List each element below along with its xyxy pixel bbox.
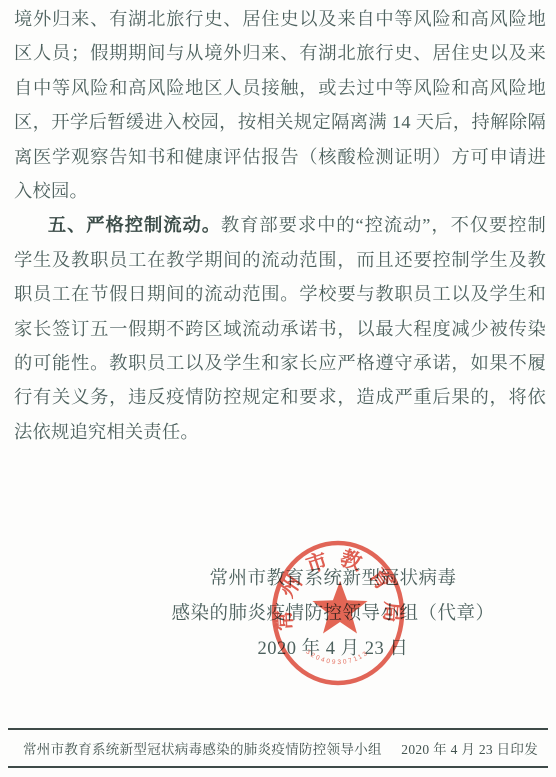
official-seal: 常州市教育局 320409307113 <box>258 533 418 693</box>
paragraph-1-line-3: 自中等风险和高风险地区人员接触，或去过中等风险和高风险地 <box>14 71 546 105</box>
footer-imprint-bar: 常州市教育系统新型冠状病毒感染的肺炎疫情防控领导小组 2020 年 4 月 23… <box>8 728 548 768</box>
paragraph-2-line-6: 行有关义务，违反疫情防控规定和要求，造成严重后果的，将依 <box>14 380 546 414</box>
document-body: 境外归来、有湖北旅行史、居住史以及来自中等风险和高风险地 区人员；假期期间与从境… <box>14 2 546 449</box>
paragraph-2-line-7: 法依规追究相关责任。 <box>14 415 546 449</box>
paragraph-2-line-3: 职员工在节假日期间的流动范围。学校要与教职员工以及学生和 <box>14 277 546 311</box>
paragraph-2-line-4: 家长签订五一假期不跨区域流动承诺书，以最大程度减少被传染 <box>14 312 546 346</box>
paragraph-2-line-1: 五、严格控制流动。教育部要求中的“控流动”，不仅要控制 <box>14 208 546 242</box>
scanned-document-page: 境外归来、有湖北旅行史、居住史以及来自中等风险和高风险地 区人员；假期期间与从境… <box>0 0 556 777</box>
footer-issuer: 常州市教育系统新型冠状病毒感染的肺炎疫情防控领导小组 <box>23 738 382 758</box>
paragraph-2-line-1-text: 教育部要求中的“控流动”，不仅要控制 <box>221 215 546 235</box>
seal-star-icon <box>312 581 367 634</box>
paragraph-1-line-4: 区，开学后暂缓进入校园，按相关规定隔离满 14 天后，持解除隔 <box>14 105 546 139</box>
paragraph-1-line-6: 入校园。 <box>14 174 546 208</box>
paragraph-1-line-2: 区人员；假期期间与从境外归来、有湖北旅行史、居住史以及来 <box>14 36 546 70</box>
paragraph-2-heading: 五、严格控制流动。 <box>48 214 221 235</box>
paragraph-2-line-5: 的可能性。教职员工以及学生和家长应严格遵守承诺，如果不履 <box>14 346 546 380</box>
paragraph-2-line-2: 学生及教职员工在教学期间的流动范围，而且还要控制学生及教 <box>14 243 546 277</box>
paragraph-1-line-5: 离医学观察告知书和健康评估报告（核酸检测证明）方可申请进 <box>14 140 546 174</box>
seal-serial-number: 320409307113 <box>304 649 370 667</box>
footer-print-date: 2020 年 4 月 23 日印发 <box>401 738 538 758</box>
paragraph-1-line-1: 境外归来、有湖北旅行史、居住史以及来自中等风险和高风险地 <box>14 2 546 36</box>
